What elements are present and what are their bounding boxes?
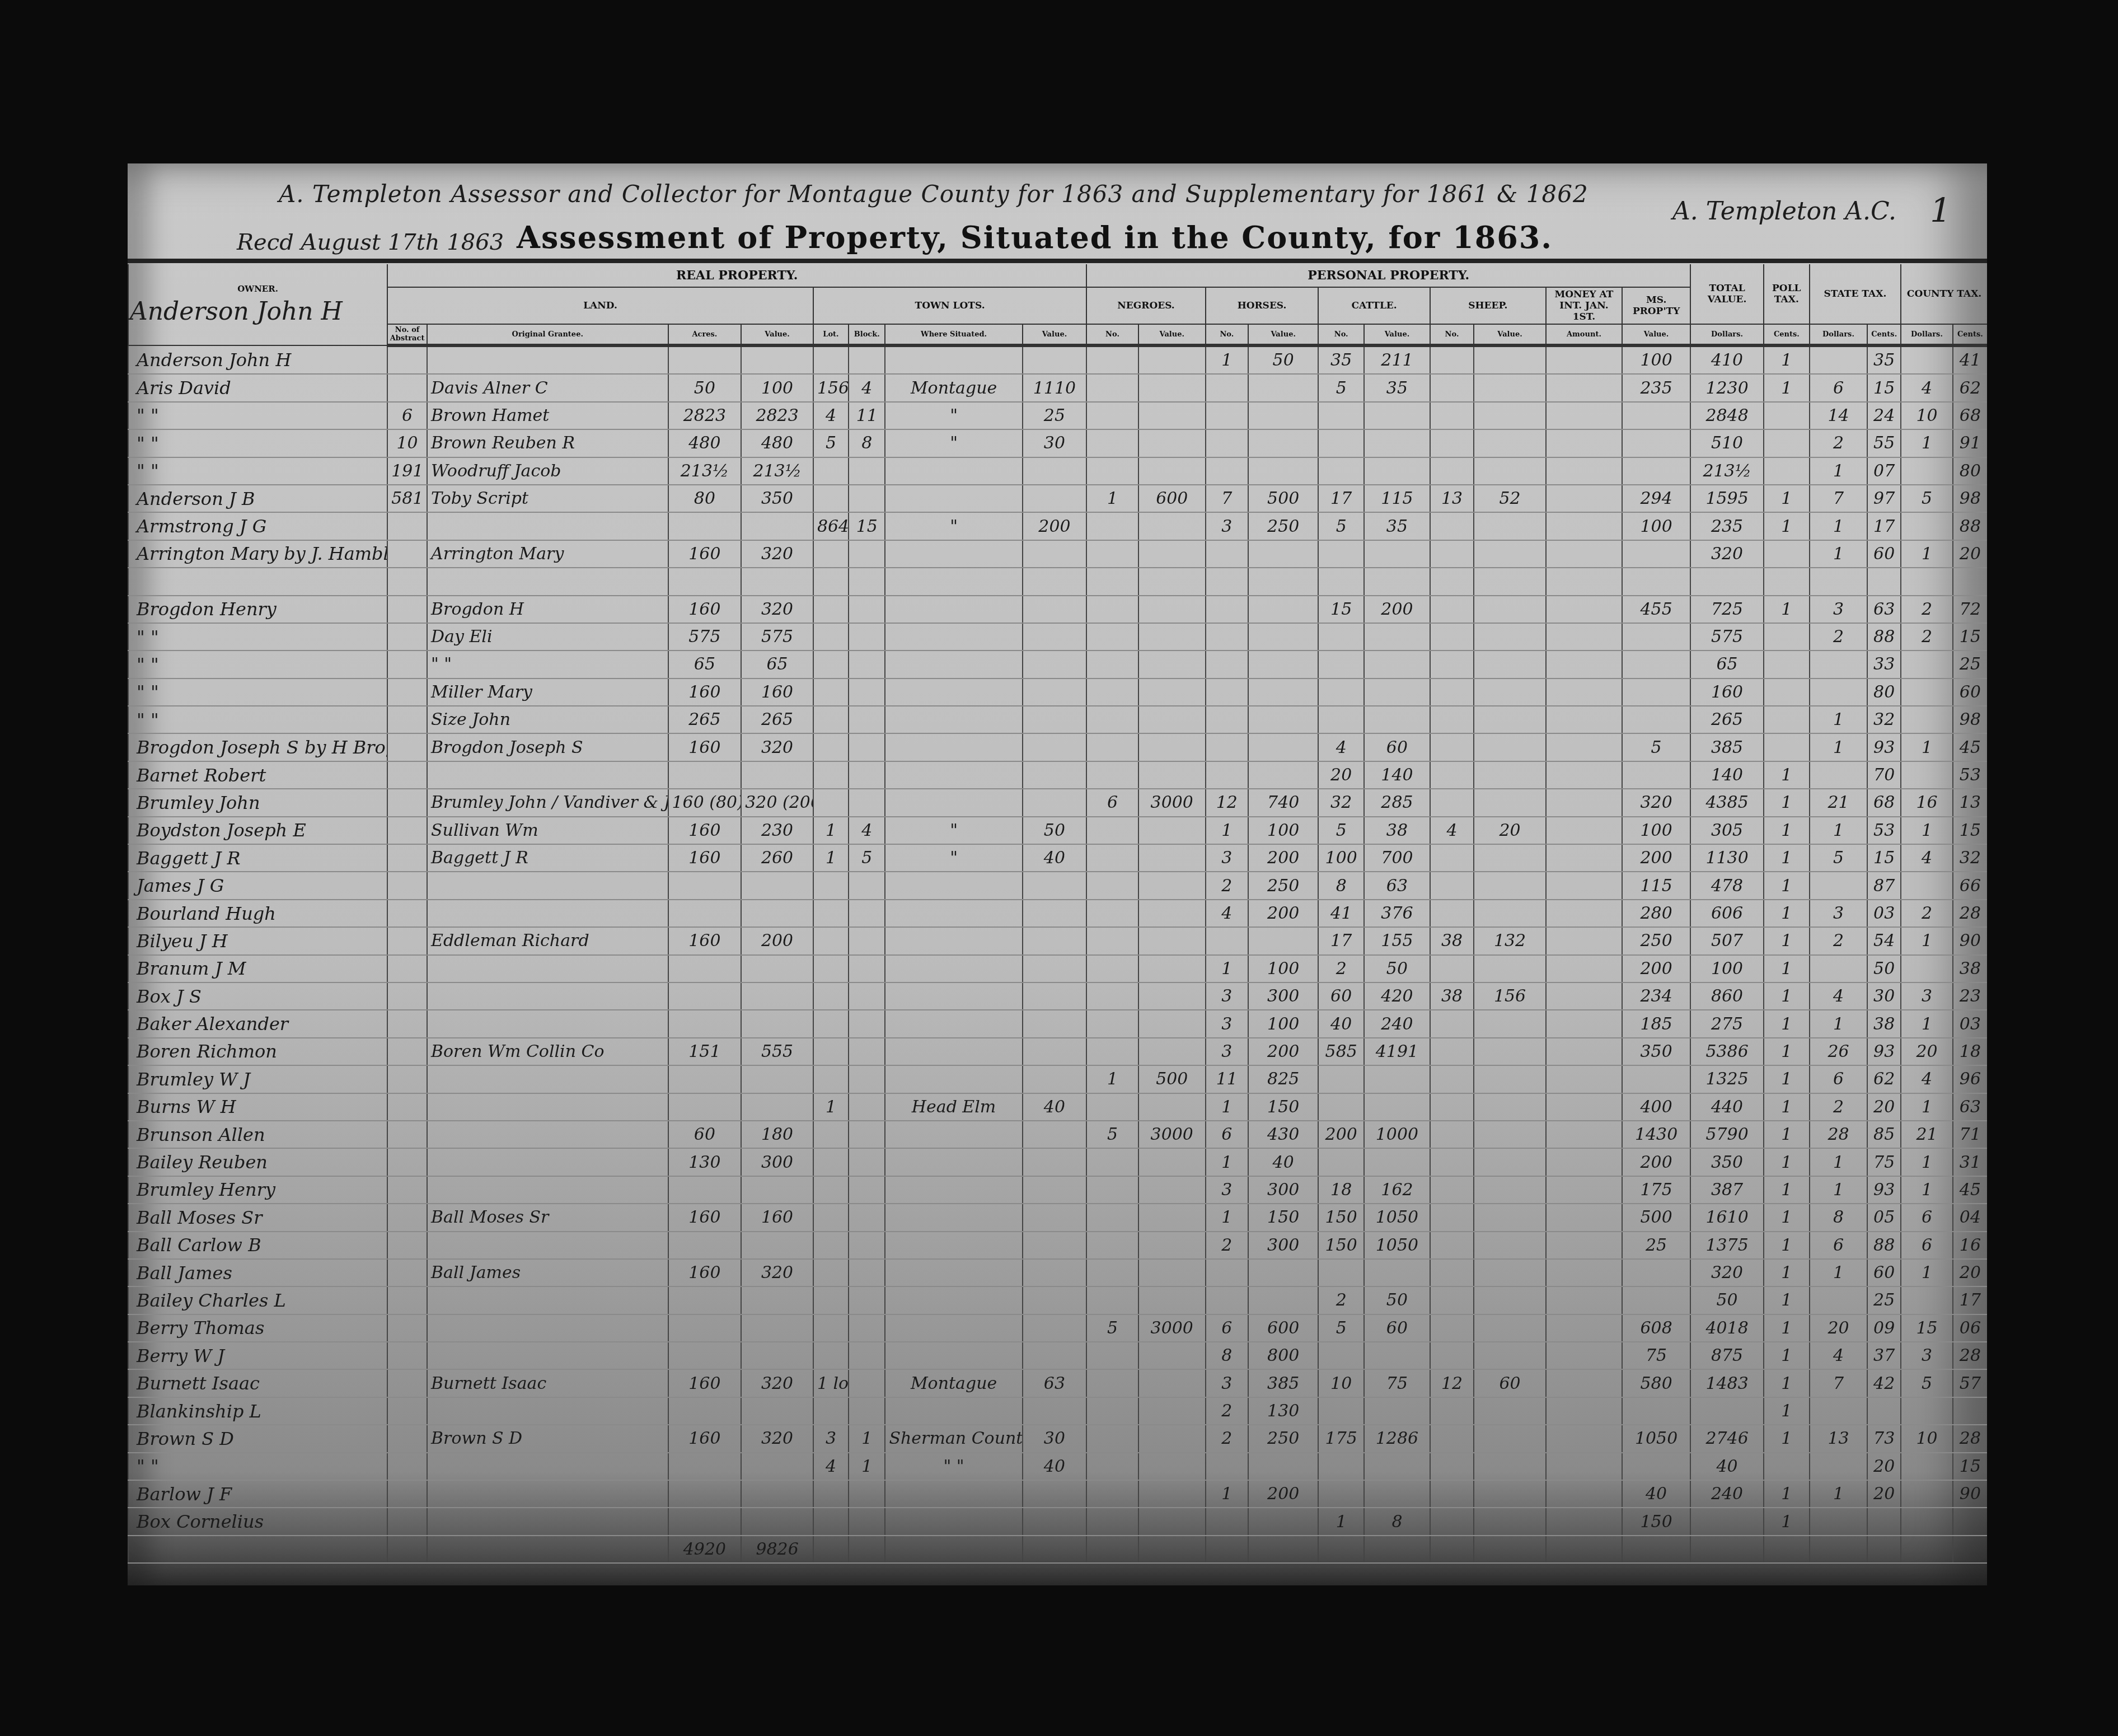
acres-cell xyxy=(668,1342,742,1369)
money-amount-cell xyxy=(1546,679,1622,706)
sheep-no-cell xyxy=(1430,402,1474,429)
horses-value-cell: 130 xyxy=(1248,1397,1318,1425)
grantee-cell xyxy=(427,1010,668,1037)
abstract-no-cell: 581 xyxy=(387,485,427,512)
negroes-no-cell xyxy=(1086,817,1138,844)
lot-cell xyxy=(813,1010,849,1037)
misc-value-cell: 5 xyxy=(1622,733,1690,761)
sheep-value-cell xyxy=(1474,512,1546,540)
where-situated-header: Where Situated. xyxy=(885,324,1022,345)
lot-cell xyxy=(813,872,849,899)
lot-cell xyxy=(813,1121,849,1148)
horses-value-cell: 385 xyxy=(1248,1369,1318,1397)
county-tax-dollars-cell: 1 xyxy=(1901,429,1953,457)
lot-cell xyxy=(813,623,849,651)
horses-no-cell: 3 xyxy=(1206,1038,1248,1065)
land-value-cell: 350 xyxy=(741,485,813,512)
abstract-no-cell xyxy=(387,1453,427,1480)
state-tax-cents-cell: 87 xyxy=(1867,872,1901,899)
where-situated-cell xyxy=(885,733,1022,761)
sheep-no-cell xyxy=(1430,568,1474,595)
misc-value-cell xyxy=(1622,1065,1690,1093)
misc-property-header: Ms. Prop'ty xyxy=(1622,287,1690,324)
county-tax-dollars-cell: 2 xyxy=(1901,596,1953,623)
land-value-cell: 575 xyxy=(741,623,813,651)
negroes-no-cell xyxy=(1086,844,1138,872)
grantee-cell xyxy=(427,1286,668,1314)
block-cell xyxy=(849,955,885,982)
sheep-no-cell xyxy=(1430,596,1474,623)
horses-no-cell xyxy=(1206,761,1248,789)
horses-no-cell xyxy=(1206,402,1248,429)
lot-cell xyxy=(813,596,849,623)
lots-value-cell xyxy=(1023,651,1087,678)
grantee-cell: Davis Alner C xyxy=(427,374,668,401)
grantee-cell: Woodruff Jacob xyxy=(427,457,668,485)
misc-value-cell: 294 xyxy=(1622,485,1690,512)
lots-value-cell xyxy=(1023,1342,1087,1369)
cattle-no-cell: 585 xyxy=(1318,1038,1364,1065)
total-value-cell: 275 xyxy=(1690,1010,1764,1037)
table-row: Brunson Allen601805300064302001000143057… xyxy=(128,1121,1987,1148)
where-situated-cell xyxy=(885,789,1022,816)
county-tax-dollars-cell: 15 xyxy=(1901,1314,1953,1342)
acres-cell xyxy=(668,1176,742,1204)
cattle-value-cell: 35 xyxy=(1364,374,1430,401)
misc-value-cell: 200 xyxy=(1622,1148,1690,1176)
lots-value-cell xyxy=(1023,540,1087,568)
table-row: Box Cornelius181501 xyxy=(128,1508,1987,1535)
grantee-cell xyxy=(427,1508,668,1535)
cattle-value-cell: 115 xyxy=(1364,485,1430,512)
money-amount-cell xyxy=(1546,1480,1622,1508)
negroes-no-cell: 1 xyxy=(1086,1065,1138,1093)
block-cell: 5 xyxy=(849,844,885,872)
abstract-no-cell xyxy=(387,1314,427,1342)
county-tax-dollars-cell xyxy=(1901,679,1953,706)
block-cell xyxy=(849,1314,885,1342)
acres-cell xyxy=(668,900,742,927)
acres-cell: 160 xyxy=(668,1259,742,1286)
lots-value-cell xyxy=(1023,1508,1087,1535)
total-value-cell: 50 xyxy=(1690,1286,1764,1314)
abstract-no-cell xyxy=(387,955,427,982)
grantee-cell xyxy=(427,955,668,982)
horses-no-cell: 3 xyxy=(1206,512,1248,540)
county-tax-cents-cell: 53 xyxy=(1953,761,1987,789)
total-value-cell: 160 xyxy=(1690,679,1764,706)
county-tax-cents-cell: 62 xyxy=(1953,374,1987,401)
money-amount-cell xyxy=(1546,1425,1622,1452)
county-tax-cents-cell: 15 xyxy=(1953,623,1987,651)
empty-total-cell xyxy=(1764,1536,1810,1563)
block-cell xyxy=(849,679,885,706)
abstract-no-cell xyxy=(387,733,427,761)
owner-cell: Brogdon Joseph S by H Brogdon agt xyxy=(128,733,387,761)
abstract-no-cell xyxy=(387,761,427,789)
acres-cell: 575 xyxy=(668,623,742,651)
horses-value-cell: 40 xyxy=(1248,1148,1318,1176)
money-amount-cell xyxy=(1546,844,1622,872)
cattle-no-cell xyxy=(1318,1342,1364,1369)
block-cell xyxy=(849,761,885,789)
county-tax-cents-cell: 20 xyxy=(1953,540,1987,568)
sheep-value-cell xyxy=(1474,1038,1546,1065)
cattle-no-cell xyxy=(1318,1148,1364,1176)
horses-value-cell: 430 xyxy=(1248,1121,1318,1148)
state-tax-dollars-cell: 1 xyxy=(1810,457,1868,485)
grantee-cell: Brumley John / Vandiver & Johnson xyxy=(427,789,668,816)
county-cents-header: Cents. xyxy=(1953,324,1987,345)
owner-cell: James J G xyxy=(128,872,387,899)
table-row: Berry W J8800758751437328 xyxy=(128,1342,1987,1369)
sheep-value-cell: 60 xyxy=(1474,1369,1546,1397)
block-cell: 15 xyxy=(849,512,885,540)
horses-value-cell xyxy=(1248,761,1318,789)
lot-cell xyxy=(813,457,849,485)
misc-value-cell: 200 xyxy=(1622,844,1690,872)
money-amount-cell xyxy=(1546,568,1622,595)
table-row: Brogdon Joseph S by H Brogdon agtBrogdon… xyxy=(128,733,1987,761)
lots-value-cell xyxy=(1023,1065,1087,1093)
cattle-no-cell: 2 xyxy=(1318,955,1364,982)
cattle-value-cell: 1286 xyxy=(1364,1425,1430,1452)
table-row: " "41" "40402015 xyxy=(128,1453,1987,1480)
table-row: Brumley Henry3300181621753871193145 xyxy=(128,1176,1987,1204)
owner-cell xyxy=(128,568,387,595)
cattle-no-cell: 200 xyxy=(1318,1121,1364,1148)
abstract-no-cell: 10 xyxy=(387,429,427,457)
poll-tax-cell: 1 xyxy=(1764,1508,1810,1535)
lots-value-cell xyxy=(1023,955,1087,982)
poll-tax-cell: 1 xyxy=(1764,900,1810,927)
where-situated-cell xyxy=(885,1148,1022,1176)
sheep-no-cell xyxy=(1430,733,1474,761)
acres-cell xyxy=(668,1286,742,1314)
horses-value-cell xyxy=(1248,1259,1318,1286)
poll-tax-cell: 1 xyxy=(1764,844,1810,872)
state-tax-dollars-cell: 6 xyxy=(1810,1232,1868,1259)
abstract-no-cell xyxy=(387,623,427,651)
grantee-cell: Baggett J R xyxy=(427,844,668,872)
negroes-value-cell xyxy=(1138,844,1206,872)
county-tax-dollars-cell: 4 xyxy=(1901,844,1953,872)
misc-value-cell: 200 xyxy=(1622,955,1690,982)
horses-value-cell: 50 xyxy=(1248,345,1318,374)
sheep-value-cell xyxy=(1474,402,1546,429)
abstract-no-cell xyxy=(387,706,427,733)
ledger-page: A. Templeton Assessor and Collector for … xyxy=(128,163,1987,1585)
poll-tax-header: Poll Tax. xyxy=(1764,264,1810,324)
land-value-cell: 160 xyxy=(741,679,813,706)
cattle-value-cell: 4191 xyxy=(1364,1038,1430,1065)
grantee-cell: Day Eli xyxy=(427,623,668,651)
where-situated-cell xyxy=(885,927,1022,954)
land-value-cell: 320 xyxy=(741,596,813,623)
owner-cell: Bailey Reuben xyxy=(128,1148,387,1176)
cattle-value-cell: 200 xyxy=(1364,596,1430,623)
acres-cell xyxy=(668,1232,742,1259)
negroes-no-cell xyxy=(1086,1342,1138,1369)
land-value-cell xyxy=(741,1508,813,1535)
acres-cell: 160 xyxy=(668,1369,742,1397)
county-tax-cents-cell: 13 xyxy=(1953,789,1987,816)
sheep-value-cell: 132 xyxy=(1474,927,1546,954)
owner-cell: Brogdon Henry xyxy=(128,596,387,623)
negroes-no-cell xyxy=(1086,512,1138,540)
state-tax-cents-cell: 93 xyxy=(1867,1176,1901,1204)
misc-value-cell: 350 xyxy=(1622,1038,1690,1065)
cattle-no-cell xyxy=(1318,679,1364,706)
where-situated-cell: " xyxy=(885,512,1022,540)
owner-cell: Ball Carlow B xyxy=(128,1232,387,1259)
owner-cell: Baggett J R xyxy=(128,844,387,872)
land-value-cell xyxy=(741,1286,813,1314)
town-lots-header: Town Lots. xyxy=(813,287,1086,324)
cattle-value-cell: 1000 xyxy=(1364,1121,1430,1148)
negroes-value-cell xyxy=(1138,1480,1206,1508)
lot-cell xyxy=(813,568,849,595)
poll-tax-cell: 1 xyxy=(1764,512,1810,540)
cattle-no-cell xyxy=(1318,651,1364,678)
grantee-cell: Brown Reuben R xyxy=(427,429,668,457)
acres-cell: 2823 xyxy=(668,402,742,429)
owner-cell: " " xyxy=(128,679,387,706)
acres-cell: 130 xyxy=(668,1148,742,1176)
horses-value-cell xyxy=(1248,706,1318,733)
county-tax-cents-cell xyxy=(1953,568,1987,595)
block-cell xyxy=(849,1508,885,1535)
county-tax-cents-cell: 88 xyxy=(1953,512,1987,540)
sheep-value-cell xyxy=(1474,429,1546,457)
table-row: Barnet Robert2014014017053 xyxy=(128,761,1987,789)
sheep-no-cell xyxy=(1430,429,1474,457)
lot-cell xyxy=(813,679,849,706)
total-value-cell: 860 xyxy=(1690,982,1764,1010)
poll-tax-cell xyxy=(1764,1453,1810,1480)
cattle-value-cell xyxy=(1364,568,1430,595)
owner-first-entry: Anderson John H xyxy=(130,297,386,326)
money-amount-cell xyxy=(1546,1093,1622,1121)
land-value-cell: 320 xyxy=(741,1369,813,1397)
sheep-value-cell xyxy=(1474,1480,1546,1508)
state-tax-dollars-cell: 8 xyxy=(1810,1204,1868,1231)
state-tax-cents-cell: 30 xyxy=(1867,982,1901,1010)
horses-no-cell: 3 xyxy=(1206,1010,1248,1037)
cattle-value-cell xyxy=(1364,623,1430,651)
where-situated-cell xyxy=(885,1286,1022,1314)
negroes-value-cell xyxy=(1138,1369,1206,1397)
negroes-value-cell xyxy=(1138,1093,1206,1121)
state-tax-cents-cell: 97 xyxy=(1867,485,1901,512)
table-row: Armstrong J G864015"20032505351002351117… xyxy=(128,512,1987,540)
horses-no-cell: 8 xyxy=(1206,1342,1248,1369)
sheep-no-cell xyxy=(1430,1093,1474,1121)
negroes-value-cell xyxy=(1138,596,1206,623)
sheep-no-cell: 4 xyxy=(1430,817,1474,844)
misc-value-cell: 250 xyxy=(1622,927,1690,954)
sheep-no-cell xyxy=(1430,1425,1474,1452)
abstract-no-cell xyxy=(387,345,427,374)
lots-value-cell xyxy=(1023,1176,1087,1204)
horses-value-cell: 500 xyxy=(1248,485,1318,512)
negroes-value-cell: 3000 xyxy=(1138,1314,1206,1342)
county-tax-dollars-cell: 20 xyxy=(1901,1038,1953,1065)
abstract-no-cell xyxy=(387,844,427,872)
table-row: Boydston Joseph ESullivan Wm16023014"501… xyxy=(128,817,1987,844)
lots-value-header: Value. xyxy=(1023,324,1087,345)
where-situated-cell: " xyxy=(885,429,1022,457)
cattle-no-cell: 17 xyxy=(1318,485,1364,512)
state-tax-cents-cell: 73 xyxy=(1867,1425,1901,1452)
state-tax-cents-cell: 60 xyxy=(1867,1259,1901,1286)
money-amount-cell xyxy=(1546,1065,1622,1093)
owner-cell: Branum J M xyxy=(128,955,387,982)
where-situated-cell xyxy=(885,1508,1022,1535)
negroes-no-cell xyxy=(1086,429,1138,457)
block-cell xyxy=(849,789,885,816)
state-tax-cents-cell: 15 xyxy=(1867,374,1901,401)
negroes-no-cell xyxy=(1086,1425,1138,1452)
empty-total-cell xyxy=(1474,1536,1546,1563)
county-tax-cents-cell: 18 xyxy=(1953,1038,1987,1065)
lot-cell xyxy=(813,1176,849,1204)
cattle-value-cell xyxy=(1364,651,1430,678)
owner-cell: Burns W H xyxy=(128,1093,387,1121)
state-tax-dollars-cell: 7 xyxy=(1810,485,1868,512)
state-tax-cents-cell: 42 xyxy=(1867,1369,1901,1397)
state-tax-dollars-cell xyxy=(1810,651,1868,678)
state-tax-dollars-cell xyxy=(1810,761,1868,789)
state-tax-dollars-cell: 5 xyxy=(1810,844,1868,872)
cattle-value-header: Value. xyxy=(1364,324,1430,345)
block-cell xyxy=(849,568,885,595)
lots-value-cell: 1110 xyxy=(1023,374,1087,401)
owner-cell: Berry W J xyxy=(128,1342,387,1369)
abstract-no-cell xyxy=(387,596,427,623)
horses-value-cell: 250 xyxy=(1248,872,1318,899)
total-value-cell: 5790 xyxy=(1690,1121,1764,1148)
table-row: Baggett J RBaggett J R16026015"403200100… xyxy=(128,844,1987,872)
poll-tax-cell: 1 xyxy=(1764,485,1810,512)
state-tax-dollars-cell: 1 xyxy=(1810,706,1868,733)
total-value-cell: 100 xyxy=(1690,955,1764,982)
poll-tax-cell: 1 xyxy=(1764,1232,1810,1259)
acres-cell xyxy=(668,1093,742,1121)
table-row: " "10Brown Reuben R48048058"30510255191 xyxy=(128,429,1987,457)
state-cents-header: Cents. xyxy=(1867,324,1901,345)
land-value-cell: 480 xyxy=(741,429,813,457)
sheep-value-cell xyxy=(1474,706,1546,733)
money-amount-cell xyxy=(1546,1314,1622,1342)
state-tax-cents-cell: 38 xyxy=(1867,1010,1901,1037)
negroes-value-cell xyxy=(1138,540,1206,568)
acres-cell: 213½ xyxy=(668,457,742,485)
sheep-no-cell: 12 xyxy=(1430,1369,1474,1397)
sheep-no-cell xyxy=(1430,1232,1474,1259)
state-tax-dollars-cell: 21 xyxy=(1810,789,1868,816)
county-tax-cents-cell: 41 xyxy=(1953,345,1987,374)
sheep-no-header: No. xyxy=(1430,324,1474,345)
acres-cell xyxy=(668,955,742,982)
money-amount-cell xyxy=(1546,706,1622,733)
money-amount-cell xyxy=(1546,1259,1622,1286)
total-value-cell: 875 xyxy=(1690,1342,1764,1369)
owner-cell: Aris David xyxy=(128,374,387,401)
sheep-no-cell xyxy=(1430,1010,1474,1037)
state-tax-dollars-cell: 6 xyxy=(1810,374,1868,401)
county-tax-cents-cell: 06 xyxy=(1953,1314,1987,1342)
table-row: Berry Thomas5300066005606084018120091506 xyxy=(128,1314,1987,1342)
block-cell xyxy=(849,982,885,1010)
cattle-value-cell xyxy=(1364,1093,1430,1121)
total-value-cell: 1230 xyxy=(1690,374,1764,401)
county-tax-dollars-cell: 6 xyxy=(1901,1204,1953,1231)
owner-cell: Blankinship L xyxy=(128,1397,387,1425)
grantee-cell: Burnett Isaac xyxy=(427,1369,668,1397)
county-tax-cents-cell: 15 xyxy=(1953,817,1987,844)
horses-value-cell xyxy=(1248,733,1318,761)
state-tax-cents-cell: 05 xyxy=(1867,1204,1901,1231)
grantee-cell xyxy=(427,1314,668,1342)
table-row: Boren RichmonBoren Wm Collin Co151555320… xyxy=(128,1038,1987,1065)
state-tax-cents-cell xyxy=(1867,568,1901,595)
horses-value-cell: 150 xyxy=(1248,1093,1318,1121)
poll-tax-cell: 1 xyxy=(1764,1397,1810,1425)
empty-total-cell xyxy=(1364,1536,1430,1563)
lot-cell xyxy=(813,651,849,678)
abstract-no-cell xyxy=(387,872,427,899)
county-tax-dollars-cell xyxy=(1901,345,1953,374)
sheep-no-cell xyxy=(1430,1342,1474,1369)
owner-cell: Barlow J F xyxy=(128,1480,387,1508)
lot-cell xyxy=(813,1259,849,1286)
money-amount-cell xyxy=(1546,789,1622,816)
state-tax-dollars-cell: 26 xyxy=(1810,1038,1868,1065)
where-situated-cell xyxy=(885,761,1022,789)
sheep-no-cell xyxy=(1430,1397,1474,1425)
land-value-cell: 260 xyxy=(741,844,813,872)
money-amount-cell xyxy=(1546,1121,1622,1148)
misc-value-cell: 175 xyxy=(1622,1176,1690,1204)
lots-value-cell xyxy=(1023,761,1087,789)
negroes-no-cell xyxy=(1086,540,1138,568)
horses-no-cell xyxy=(1206,374,1248,401)
abstract-no-cell xyxy=(387,1232,427,1259)
lots-value-cell xyxy=(1023,1121,1087,1148)
state-tax-cents-cell: 63 xyxy=(1867,596,1901,623)
county-tax-dollars-cell: 6 xyxy=(1901,1232,1953,1259)
county-tax-dollars-cell: 10 xyxy=(1901,1425,1953,1452)
county-tax-cents-cell: 91 xyxy=(1953,429,1987,457)
county-tax-cents-cell: 45 xyxy=(1953,733,1987,761)
total-value-cell: 1325 xyxy=(1690,1065,1764,1093)
total-dollars-header: Dollars. xyxy=(1690,324,1764,345)
negroes-no-cell xyxy=(1086,568,1138,595)
block-cell xyxy=(849,623,885,651)
cattle-value-cell: 155 xyxy=(1364,927,1430,954)
poll-tax-cell xyxy=(1764,402,1810,429)
where-situated-cell xyxy=(885,596,1022,623)
negroes-value-cell xyxy=(1138,623,1206,651)
state-tax-cents-cell: 93 xyxy=(1867,733,1901,761)
money-amount-cell xyxy=(1546,1342,1622,1369)
negroes-value-cell xyxy=(1138,457,1206,485)
horses-value-header: Value. xyxy=(1248,324,1318,345)
county-tax-dollars-cell: 1 xyxy=(1901,927,1953,954)
abstract-no-cell xyxy=(387,512,427,540)
state-tax-cents-cell: 75 xyxy=(1867,1148,1901,1176)
